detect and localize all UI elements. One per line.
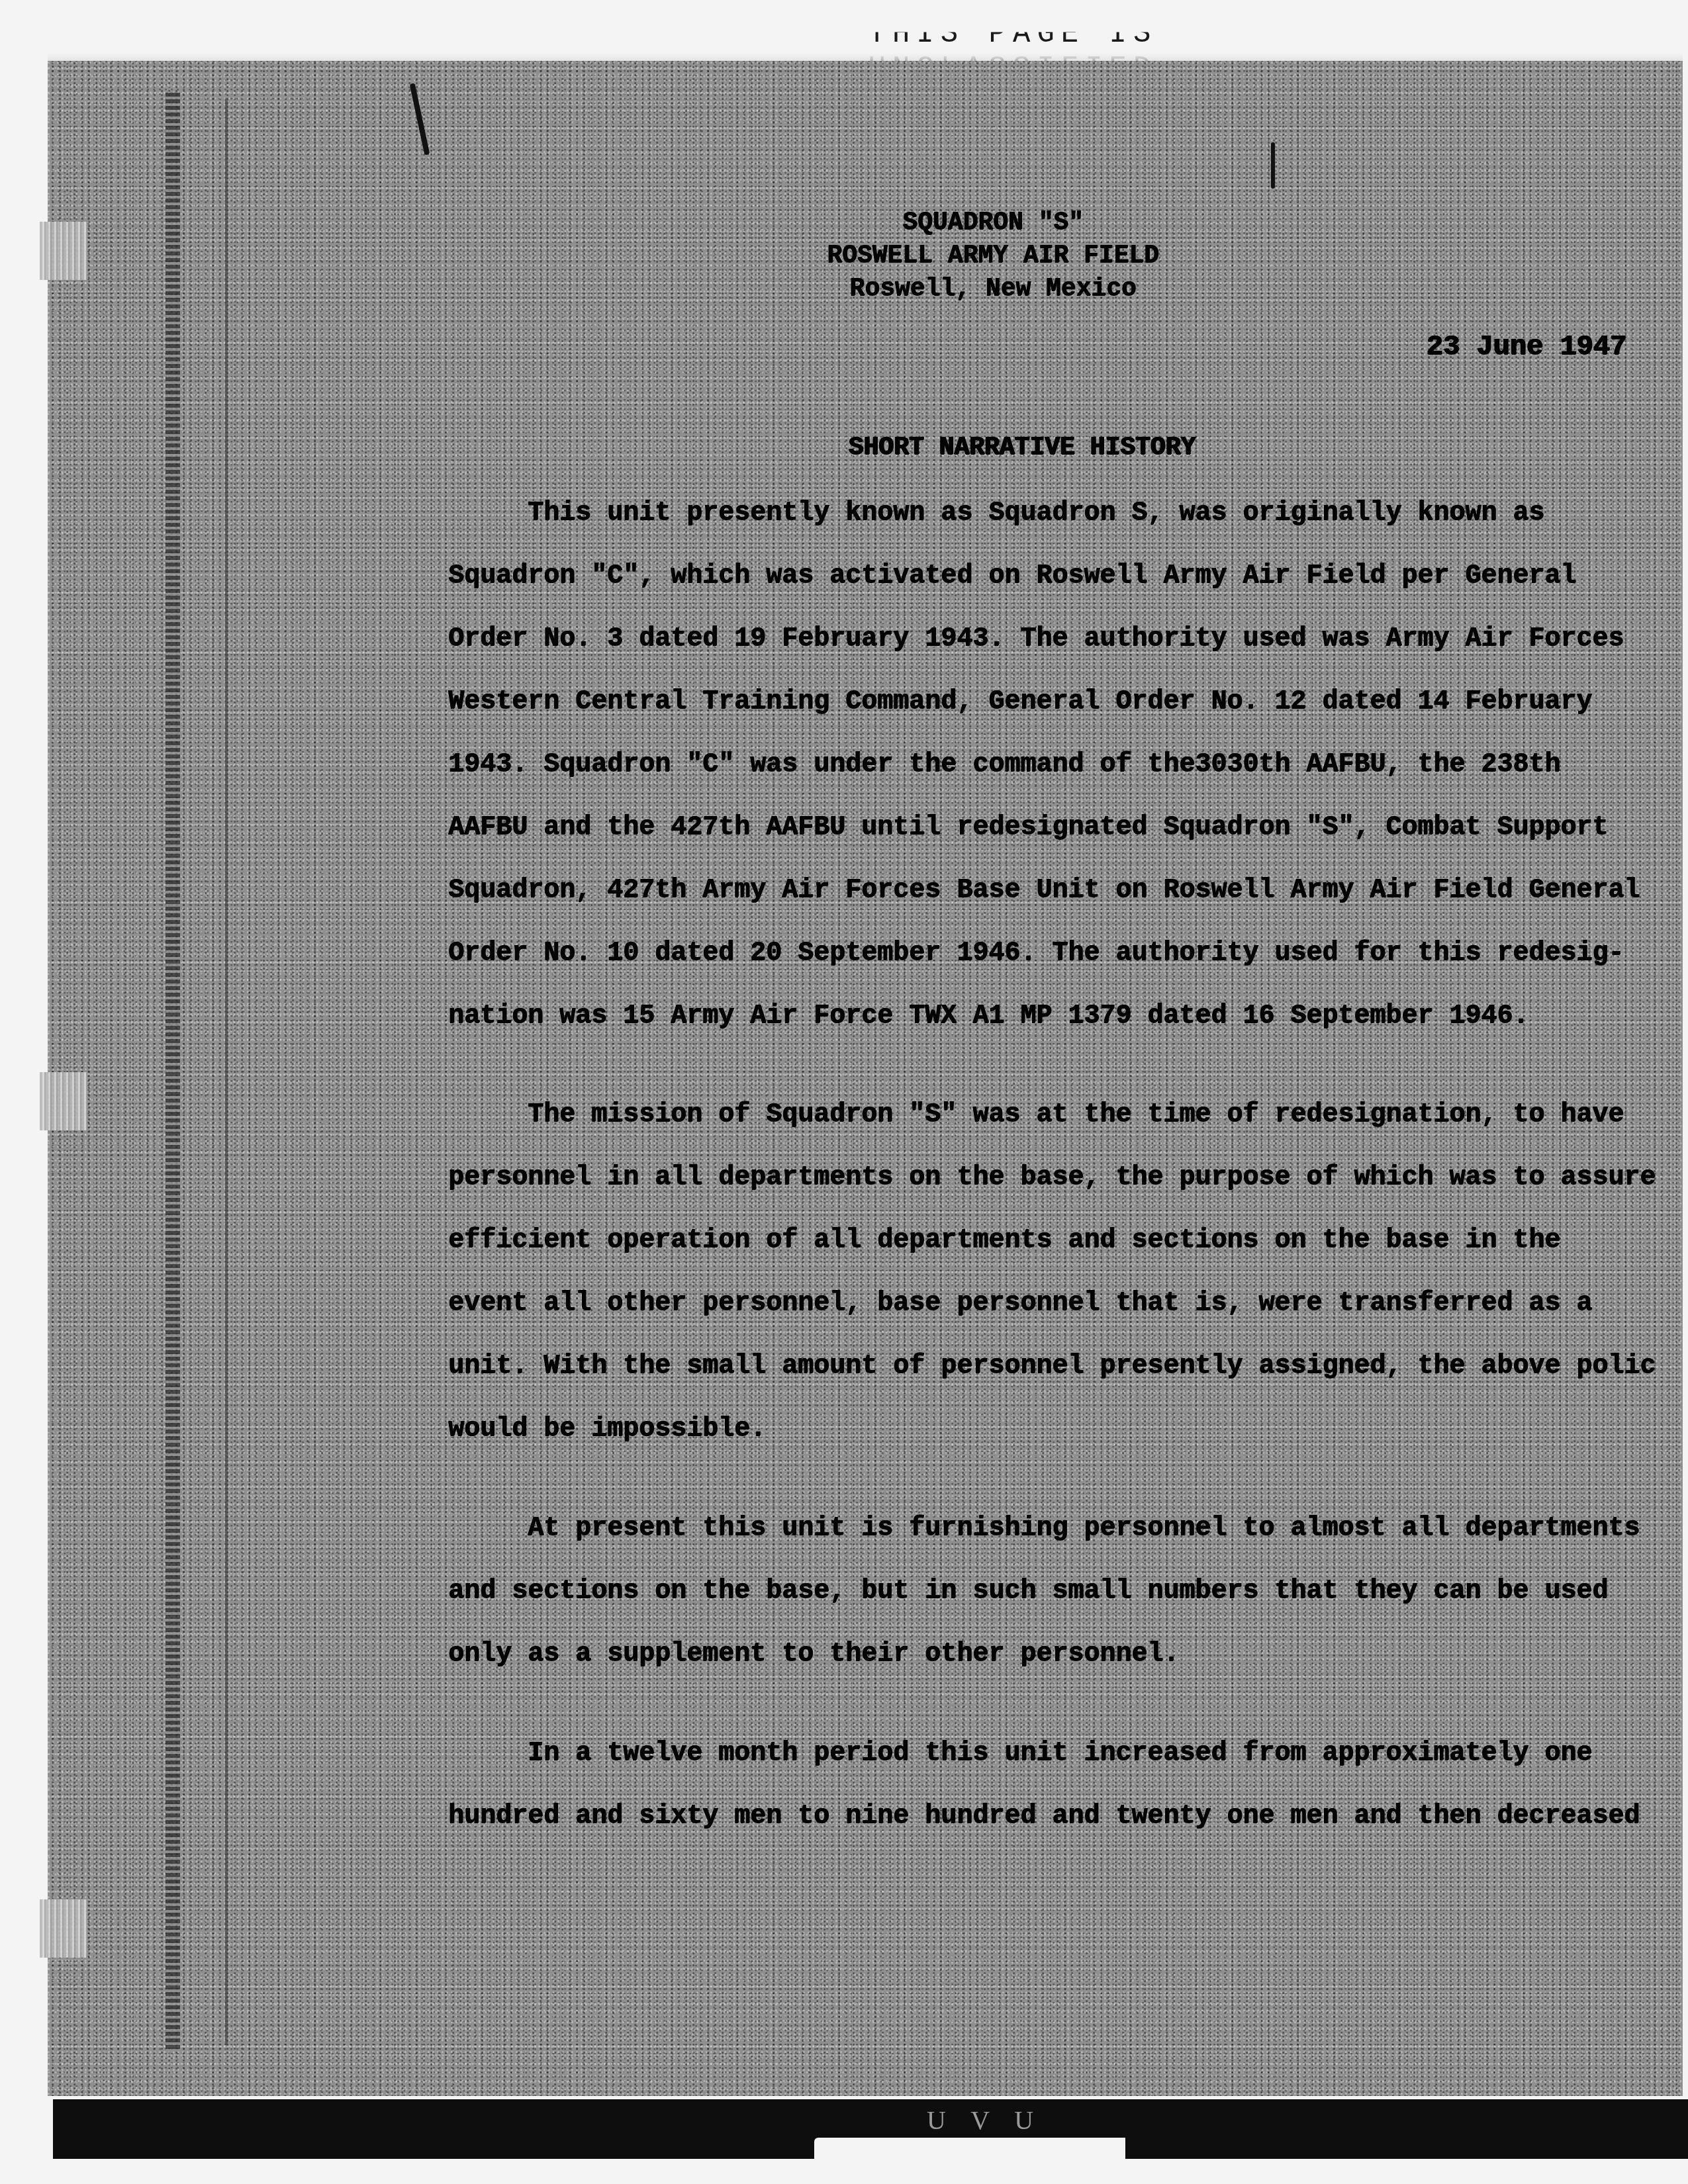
letterhead-unit: SQUADRON "S": [768, 206, 1218, 240]
text-line: nation was 15 Army Air Force TWX A1 MP 1…: [448, 985, 1679, 1048]
margin-rule-line: [225, 99, 228, 2045]
text-line: At present this unit is furnishing perso…: [448, 1497, 1679, 1560]
text-line: Squadron "C", which was activated on Ros…: [448, 545, 1679, 608]
paragraph-2: The mission of Squadron "S" was at the t…: [448, 1083, 1679, 1461]
text-line: AAFBU and the 427th AAFBU until redesign…: [448, 796, 1679, 859]
paragraph-3: At present this unit is furnishing perso…: [448, 1497, 1679, 1686]
scanned-document-page: THIS PAGE IS UNCLASSIFIED SQUADRON "S" R…: [0, 0, 1688, 2184]
text-line: event all other personnel, base personne…: [448, 1272, 1679, 1335]
paragraph-4: In a twelve month period this unit incre…: [448, 1722, 1679, 1848]
footer-stamp: U V U: [927, 2105, 1043, 2136]
letterhead-base: ROSWELL ARMY AIR FIELD: [768, 240, 1218, 273]
text-line: hundred and sixty men to nine hundred an…: [448, 1785, 1679, 1848]
document-date: 23 June 1947: [1427, 331, 1626, 363]
hole-punch-mark-bottom: [40, 1899, 87, 1958]
text-line: Order No. 10 dated 20 September 1946. Th…: [448, 922, 1679, 985]
text-line: In a twelve month period this unit incre…: [448, 1722, 1679, 1785]
letterhead-location: Roswell, New Mexico: [768, 273, 1218, 306]
paper-tab: [814, 2138, 1125, 2184]
text-line: personnel in all departments on the base…: [448, 1146, 1679, 1209]
text-line: and sections on the base, but in such sm…: [448, 1560, 1679, 1623]
text-line: Western Central Training Command, Genera…: [448, 670, 1679, 733]
text-line: 1943. Squadron "C" was under the command…: [448, 733, 1679, 796]
text-line: unit. With the small amount of personnel…: [448, 1335, 1679, 1398]
text-line: The mission of Squadron "S" was at the t…: [448, 1083, 1679, 1146]
hole-punch-mark-top: [40, 222, 87, 280]
letterhead: SQUADRON "S" ROSWELL ARMY AIR FIELD Rosw…: [768, 206, 1218, 306]
text-line: This unit presently known as Squadron S,…: [448, 482, 1679, 545]
pen-mark: [1271, 142, 1275, 189]
text-line: Squadron, 427th Army Air Forces Base Uni…: [448, 859, 1679, 922]
text-line: efficient operation of all departments a…: [448, 1209, 1679, 1272]
text-line: only as a supplement to their other pers…: [448, 1623, 1679, 1686]
document-title: SHORT NARRATIVE HISTORY: [849, 433, 1196, 462]
hole-punch-mark-middle: [40, 1072, 87, 1130]
text-line: would be impossible.: [448, 1398, 1679, 1461]
paragraph-1: This unit presently known as Squadron S,…: [448, 482, 1679, 1048]
text-line: Order No. 3 dated 19 February 1943. The …: [448, 608, 1679, 670]
binder-margin-line: [165, 93, 180, 2052]
